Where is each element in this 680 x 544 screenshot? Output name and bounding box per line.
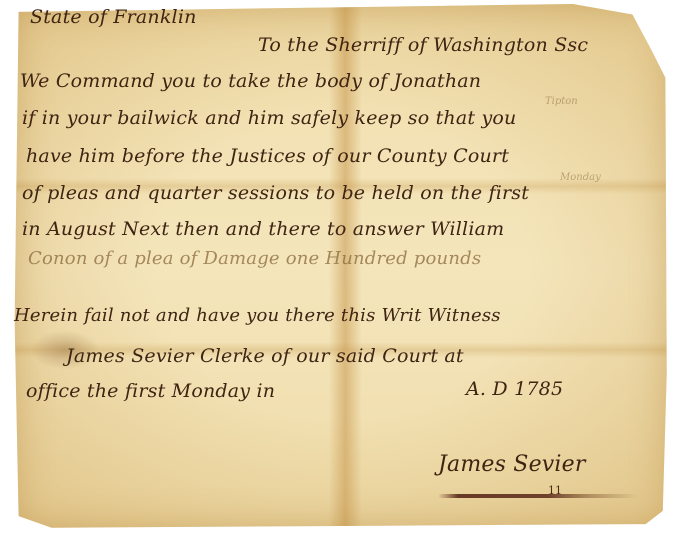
body-line-2: if in your bailwick and him safely keep … bbox=[22, 107, 516, 129]
addressee: To the Sherriff of Washington Ssc bbox=[258, 34, 588, 56]
body-line-6: Conon of a plea of Damage one Hundred po… bbox=[28, 248, 481, 269]
document-scan: State of Franklin To the Sherriff of Was… bbox=[0, 0, 680, 544]
body-line-1: We Command you to take the body of Jonat… bbox=[20, 70, 481, 92]
closing-line-1: Herein fail not and have you there this … bbox=[14, 305, 501, 326]
signature-mark: 11 bbox=[548, 484, 562, 497]
signature-flourish bbox=[438, 494, 638, 498]
body-line-3: have him before the Justices of our Coun… bbox=[26, 145, 509, 167]
interlinear-day: Monday bbox=[560, 172, 601, 183]
body-line-4: of pleas and quarter sessions to be held… bbox=[22, 182, 529, 204]
interlinear-surname: Tipton bbox=[545, 96, 578, 107]
heading: State of Franklin bbox=[30, 6, 197, 28]
closing-line-3: office the first Monday in bbox=[26, 380, 275, 402]
signature: James Sevier bbox=[438, 452, 586, 477]
closing-line-2: James Sevier Clerke of our said Court at bbox=[66, 345, 464, 367]
date: A. D 1785 bbox=[466, 378, 563, 400]
body-line-5: in August Next then and there to answer … bbox=[22, 218, 504, 240]
